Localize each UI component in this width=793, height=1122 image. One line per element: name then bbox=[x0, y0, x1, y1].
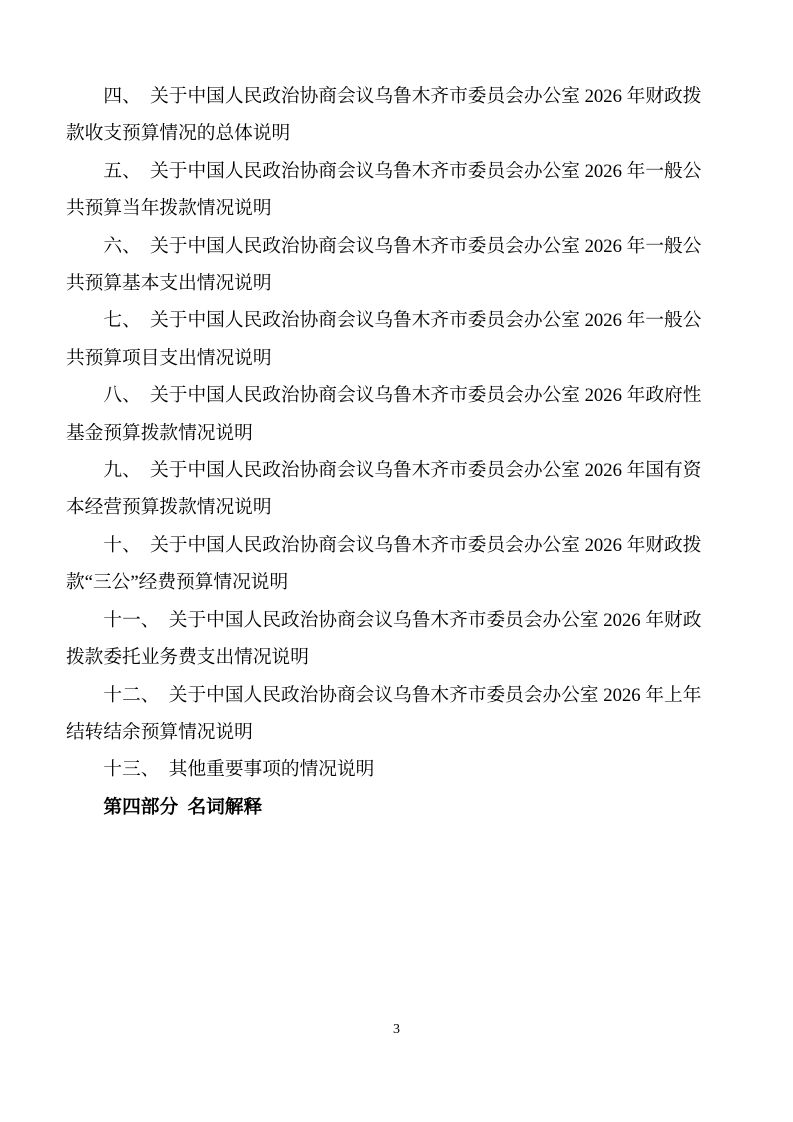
toc-item: 五、 关于中国人民政治协商会议乌鲁木齐市委员会办公室 2026 年一般公共预算当… bbox=[66, 153, 714, 228]
toc-item: 四、 关于中国人民政治协商会议乌鲁木齐市委员会办公室 2026 年财政拨款收支预… bbox=[66, 78, 714, 153]
toc-item: 八、 关于中国人民政治协商会议乌鲁木齐市委员会办公室 2026 年政府性基金预算… bbox=[66, 377, 714, 452]
toc-item: 七、 关于中国人民政治协商会议乌鲁木齐市委员会办公室 2026 年一般公共预算项… bbox=[66, 302, 714, 377]
toc-item: 十二、 关于中国人民政治协商会议乌鲁木齐市委员会办公室 2026 年上年结转结余… bbox=[66, 677, 714, 752]
toc-item: 十一、 关于中国人民政治协商会议乌鲁木齐市委员会办公室 2026 年财政拨款委托… bbox=[66, 602, 714, 677]
document-page: 四、 关于中国人民政治协商会议乌鲁木齐市委员会办公室 2026 年财政拨款收支预… bbox=[0, 0, 793, 1122]
page-number: 3 bbox=[0, 1020, 793, 1040]
section-heading: 第四部分 名词解释 bbox=[66, 789, 714, 826]
toc-item: 十三、 其他重要事项的情况说明 bbox=[66, 751, 714, 788]
toc-item: 九、 关于中国人民政治协商会议乌鲁木齐市委员会办公室 2026 年国有资本经营预… bbox=[66, 452, 714, 527]
toc-item: 六、 关于中国人民政治协商会议乌鲁木齐市委员会办公室 2026 年一般公共预算基… bbox=[66, 228, 714, 303]
document-body: 四、 关于中国人民政治协商会议乌鲁木齐市委员会办公室 2026 年财政拨款收支预… bbox=[66, 78, 714, 826]
toc-item: 十、 关于中国人民政治协商会议乌鲁木齐市委员会办公室 2026 年财政拨款“三公… bbox=[66, 527, 714, 602]
